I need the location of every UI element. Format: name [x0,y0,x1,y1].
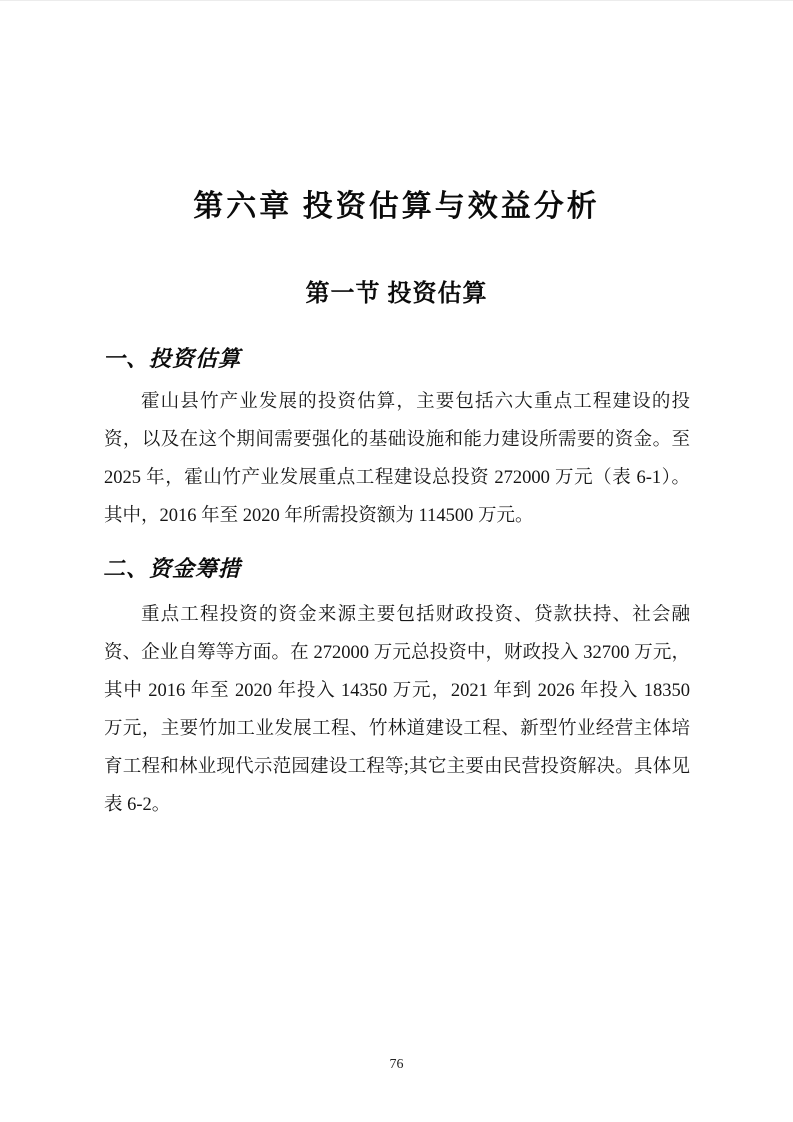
page-number: 76 [0,1057,793,1074]
chapter-title: 第六章 投资估算与效益分析 [0,189,793,225]
paragraph-investment-estimate: 霍山县竹产业发展的投资估算，主要包括六大重点工程建设的投资，以及在这个期间需要强… [104,383,690,535]
paragraph-fund-raising: 重点工程投资的资金来源主要包括财政投资、贷款扶持、社会融资、企业自筹等方面。在 … [104,596,690,824]
subsection-heading-investment-estimate: 一、投资估算 [103,346,241,371]
section-title: 第一节 投资估算 [0,280,793,309]
subsection-heading-fund-raising: 二、资金筹措 [103,556,241,581]
document-page: 第六章 投资估算与效益分析 第一节 投资估算 一、投资估算 霍山县竹产业发展的投… [0,0,793,1122]
